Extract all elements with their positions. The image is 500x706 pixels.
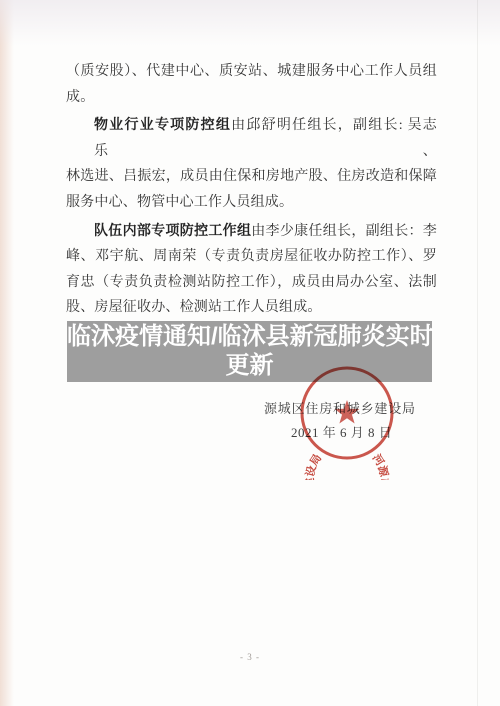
doc-line: 林选进、吕振宏，成员由住保和房地产股、住房改造和保障: [66, 164, 437, 190]
doc-line: 物业行业专项防控组由邱舒明任组长，副组长: 吴志乐、: [66, 113, 437, 164]
document-body: （质安股）、代建中心、质安站、城建服务中心工作人员组 成。 物业行业专项防控组由…: [66, 59, 437, 350]
scan-right-edge-line: [477, 0, 478, 706]
doc-line: 服务中心、物管中心工作人员组成。: [66, 190, 437, 216]
doc-line: 股、房屋征收办、检测站工作人员组成。: [66, 295, 437, 321]
doc-line: 育忠（专责负责检测站防控工作），成员由局办公室、法制: [66, 270, 437, 296]
doc-line: 峰、邓宇航、周南荣（专责负责房屋征收办防控工作）、罗: [66, 244, 437, 270]
scan-left-edge-shading: [0, 0, 14, 706]
seal-star-icon: [335, 400, 360, 424]
seal-ring-text-holder: 河源市源城区住房和城乡建设局: [302, 451, 392, 480]
doc-line: （质安股）、代建中心、质安站、城建服务中心工作人员组: [66, 59, 437, 85]
scanned-document-page: { "page": { "number_label": "- 3 -" }, "…: [0, 0, 500, 706]
seal-ring-text: 河源市源城区住房和城乡建设局: [302, 451, 392, 480]
page-number: - 3 -: [0, 652, 500, 662]
doc-line: 成。: [66, 85, 437, 111]
official-seal: 河源市源城区住房和城乡建设局: [280, 346, 414, 480]
doc-line: 队伍内部专项防控工作组由李少康任组长，副组长：李: [66, 219, 437, 245]
scan-top-shading: [0, 0, 500, 46]
